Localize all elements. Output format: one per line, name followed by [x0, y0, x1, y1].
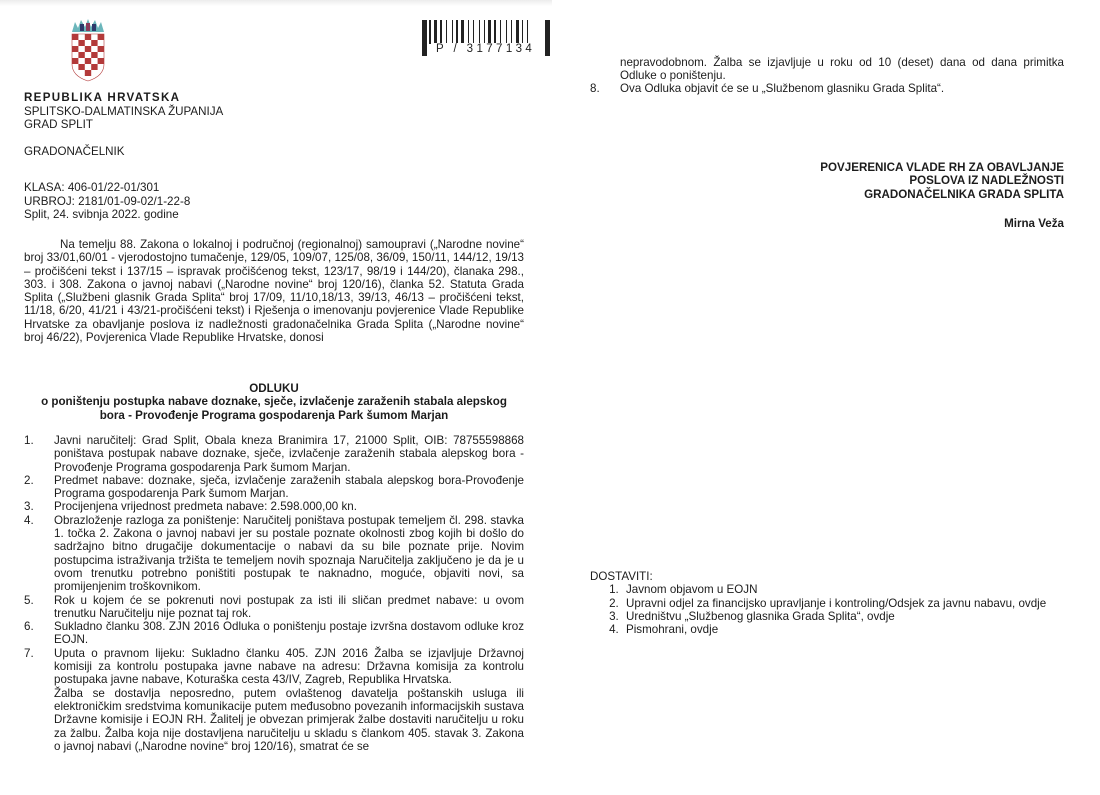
distribution-item: Upravni odjel za financijsko upravljanje… — [622, 597, 1046, 610]
distribution-item: Pismohrani, ovdje — [622, 623, 1046, 636]
preamble: Na temelju 88. Zakona o lokalnoj i podru… — [24, 238, 524, 344]
klasa: KLASA: 406-01/22-01/301 — [24, 181, 190, 195]
signatory-title-line-2: POSLOVA IZ NADLEŽNOSTI — [780, 174, 1064, 187]
list-item: 7.Uputa o pravnom lijeku: Sukladno člank… — [24, 647, 524, 753]
list-item: 6.Sukladno članku 308. ZJN 2016 Odluka o… — [24, 620, 524, 647]
signatory-name: Mirna Veža — [780, 217, 1064, 230]
office-name: GRADONAČELNIK — [24, 145, 125, 158]
country-name: REPUBLIKA HRVATSKA — [24, 91, 223, 105]
page-2 — [552, 0, 1100, 795]
list-item: 2.Predmet nabave: doznake, sječa, izvlač… — [24, 474, 524, 501]
distribution-list: DOSTAVITI: Javnom objavom u EOJN Upravni… — [590, 570, 1046, 636]
decision-subtitle-line-1: o poništenju postupka nabave doznake, sj… — [24, 395, 524, 408]
urbroj: URBROJ: 2181/01-09-02/1-22-8 — [24, 195, 190, 209]
document-date: Split, 24. svibnja 2022. godine — [24, 208, 190, 222]
signatory-title-line-1: POVJERENICA VLADE RH ZA OBAVLJANJE — [780, 161, 1064, 174]
list-item: 8. Ova Odluka objavit će se u „Službenom… — [590, 82, 1064, 95]
list-item: 3.Procijenjena vrijednost predmeta nabav… — [24, 500, 524, 513]
list-item: 1.Javni naručitelj: Grad Split, Obala kn… — [24, 434, 524, 474]
decision-title: ODLUKU — [24, 382, 524, 395]
reference-block: KLASA: 406-01/22-01/301 URBROJ: 2181/01-… — [24, 181, 190, 222]
signatory-title-line-3: GRADONAČELNIKA GRADA SPLITA — [780, 188, 1064, 201]
list-item: 4.Obrazloženje razloga za poništenje: Na… — [24, 514, 524, 594]
decision-title-block: ODLUKU o poništenju postupka nabave dozn… — [24, 382, 524, 422]
barcode: P / 3177134 — [422, 20, 550, 56]
barcode-number: P / 3177134 — [434, 43, 537, 55]
list-item: 5.Rok u kojem će se pokrenuti novi postu… — [24, 594, 524, 621]
signature-block: POVJERENICA VLADE RH ZA OBAVLJANJE POSLO… — [780, 161, 1064, 230]
decision-items: 1.Javni naručitelj: Grad Split, Obala kn… — [24, 434, 524, 753]
county-name: SPLITSKO-DALMATINSKA ŽUPANIJA — [24, 105, 223, 119]
city-name: GRAD SPLIT — [24, 118, 223, 132]
distribution-item: Javnom objavom u EOJN — [622, 583, 1046, 596]
item-7-continuation: nepravodobnom. Žalba se izjavljuje u rok… — [620, 56, 1064, 83]
page-1: P / 3177134 REPUBLIKA HRVATSKA SPLITSKO-… — [0, 0, 552, 795]
distribution-title: DOSTAVITI: — [590, 570, 1046, 583]
letterhead: REPUBLIKA HRVATSKA SPLITSKO-DALMATINSKA … — [24, 91, 223, 132]
decision-subtitle-line-2: bora - Provođenje Programa gospodarenja … — [24, 409, 524, 422]
distribution-item: Uredništvu „Službenog glasnika Grada Spl… — [622, 610, 1046, 623]
croatian-coat-of-arms-icon — [68, 18, 108, 82]
